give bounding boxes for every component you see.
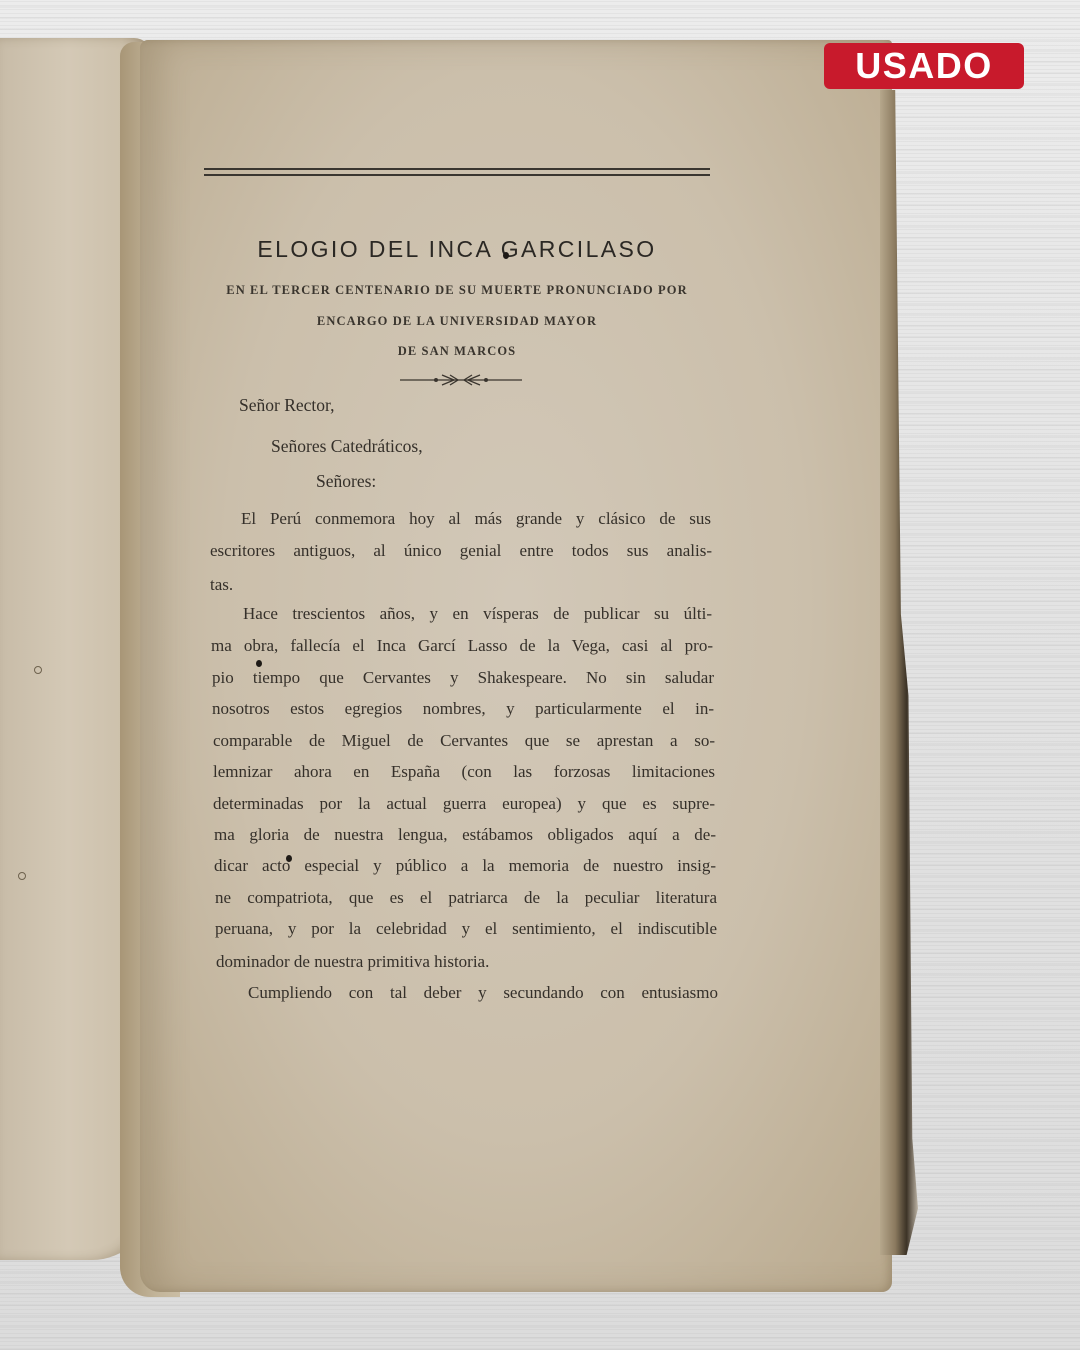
right-book-page bbox=[140, 40, 892, 1292]
body-line: Hace trescientos años, y en vísperas de … bbox=[243, 604, 712, 624]
subtitle-line-3: DE SAN MARCOS bbox=[204, 344, 710, 359]
salutation-catedraticos: Señores Catedráticos, bbox=[271, 436, 423, 457]
body-line: tas. bbox=[210, 575, 712, 595]
body-line: nosotros estos egregios nombres, y parti… bbox=[212, 699, 714, 719]
salutation-rector: Señor Rector, bbox=[239, 395, 335, 416]
body-line: comparable de Miguel de Cervantes que se… bbox=[213, 731, 715, 751]
double-rule-divider bbox=[204, 168, 710, 176]
ink-speck bbox=[286, 855, 292, 862]
body-line: El Perú conmemora hoy al más grande y cl… bbox=[241, 509, 711, 529]
subtitle-line-2: ENCARGO DE LA UNIVERSIDAD MAYOR bbox=[204, 314, 710, 329]
body-line: ne compatriota, que es el patriarca de l… bbox=[215, 888, 717, 908]
body-line: lemnizar ahora en España (con las forzos… bbox=[213, 762, 715, 782]
worn-page-edge bbox=[880, 90, 918, 1255]
ornament-divider-icon bbox=[398, 372, 524, 388]
ink-speck bbox=[256, 660, 262, 667]
body-line: escritores antiguos, al único genial ent… bbox=[210, 541, 712, 561]
body-line: determinadas por la actual guerra europe… bbox=[213, 794, 715, 814]
used-condition-badge: USADO bbox=[824, 43, 1024, 89]
page-stain bbox=[34, 666, 42, 674]
salutation-senores: Señores: bbox=[316, 471, 376, 492]
body-line: ma obra, fallecía el Inca Garcí Lasso de… bbox=[211, 636, 713, 656]
subtitle-line-1: EN EL TERCER CENTENARIO DE SU MUERTE PRO… bbox=[204, 283, 710, 298]
body-line: dominador de nuestra primitiva historia. bbox=[216, 952, 718, 972]
ink-speck bbox=[503, 252, 509, 259]
body-line: ma gloria de nuestra lengua, estábamos o… bbox=[214, 825, 716, 845]
page-stain bbox=[18, 872, 26, 880]
body-line: peruana, y por la celebridad y el sentim… bbox=[215, 919, 717, 939]
page-title: ELOGIO DEL INCA GARCILASO bbox=[204, 236, 710, 263]
body-line: Cumpliendo con tal deber y secundando co… bbox=[248, 983, 718, 1003]
body-line: pio tiempo que Cervantes y Shakespeare. … bbox=[212, 668, 714, 688]
